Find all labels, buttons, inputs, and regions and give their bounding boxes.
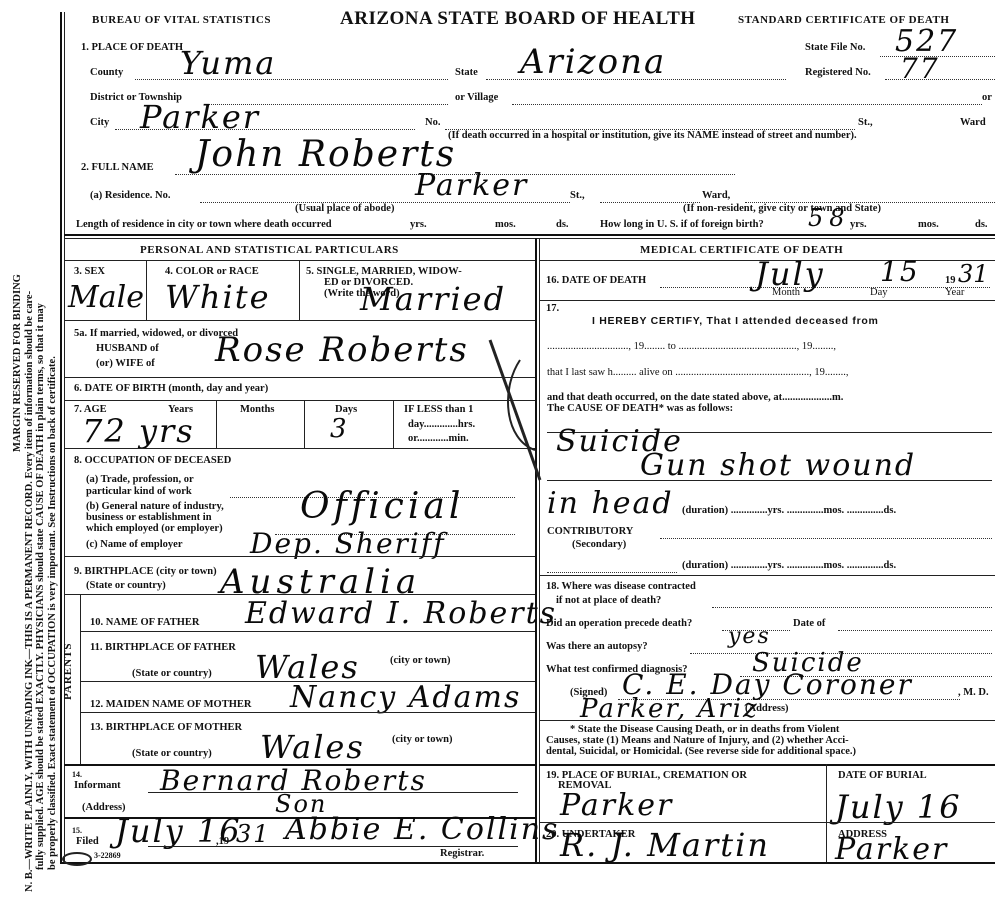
burial-row-line bbox=[539, 822, 995, 823]
note-line-1: * State the Disease Causing Death, or in… bbox=[570, 724, 839, 735]
occ-a-line-1: (a) Trade, profession, or bbox=[86, 474, 194, 485]
row-line-4 bbox=[64, 448, 535, 449]
father-label: 10. NAME OF FATHER bbox=[90, 617, 199, 628]
marital-label-1: 5. SINGLE, MARRIED, WIDOW- bbox=[306, 266, 462, 277]
us-label: How long in U. S. if of foreign birth? bbox=[600, 219, 764, 230]
md-label: , M. D. bbox=[958, 687, 989, 698]
note-line-3: dental, Suicidal, or Homicidal. (See rev… bbox=[546, 746, 856, 757]
margin-line-4: be properly classified. Exact statement … bbox=[47, 12, 59, 892]
mother-birthplace-value[interactable]: Wales bbox=[260, 728, 365, 766]
us-value[interactable]: 58 bbox=[808, 204, 851, 232]
father-city-note: (city or town) bbox=[390, 655, 450, 666]
row-line-1 bbox=[64, 320, 535, 321]
date-of-label: Date of bbox=[793, 618, 825, 629]
city-value[interactable]: Parker bbox=[140, 98, 260, 136]
filed-label: Filed bbox=[76, 836, 99, 847]
age-divider-2 bbox=[304, 401, 305, 448]
occupation-value[interactable]: Official bbox=[300, 486, 464, 527]
burial-place-value[interactable]: Parker bbox=[560, 788, 673, 823]
informant-num: 14. bbox=[72, 770, 82, 779]
st-label: St., bbox=[858, 117, 873, 128]
occ-b-line-1: (b) General nature of industry, bbox=[86, 501, 224, 512]
dod-day-value[interactable]: 15 bbox=[880, 255, 920, 288]
us-mos-label: mos. bbox=[918, 219, 939, 230]
mother-label: 12. MAIDEN NAME OF MOTHER bbox=[90, 699, 251, 710]
registered-label: Registered No. bbox=[805, 67, 871, 78]
day-label: Day bbox=[870, 287, 888, 298]
spouse-value[interactable]: Rose Roberts bbox=[215, 330, 469, 370]
dod-line bbox=[660, 287, 990, 288]
spouse-label-3: (or) WIFE of bbox=[96, 358, 155, 369]
burial-divider bbox=[826, 764, 827, 862]
registered-value[interactable]: 77 bbox=[900, 52, 940, 85]
row-line-6 bbox=[64, 594, 535, 595]
outer-border-left-inner bbox=[64, 12, 65, 862]
q18-label-2: if not at place of death? bbox=[556, 595, 661, 606]
length-yrs-label: yrs. bbox=[410, 219, 427, 230]
cause-value-2[interactable]: Gun shot wound bbox=[640, 448, 916, 483]
occ-b-line-2: business or establishment in bbox=[86, 512, 212, 523]
ward-label: Ward bbox=[960, 117, 986, 128]
village-line bbox=[512, 104, 982, 105]
county-value[interactable]: Yuma bbox=[180, 44, 276, 82]
spouse-label-2: HUSBAND of bbox=[96, 343, 159, 354]
contributory-bottom-line bbox=[539, 575, 995, 576]
city-label: City bbox=[90, 117, 109, 128]
dob-label: 6. DATE OF BIRTH (month, day and year) bbox=[74, 383, 268, 394]
filed-line bbox=[148, 846, 518, 847]
signer-address-label: (Address) bbox=[745, 703, 789, 714]
print-code: 3-22869 bbox=[94, 851, 121, 860]
mother-birthplace-label: 13. BIRTHPLACE OF MOTHER bbox=[90, 722, 242, 733]
row-line-9 bbox=[80, 712, 535, 713]
state-file-label: State File No. bbox=[805, 42, 865, 53]
undertaker-address-value[interactable]: Parker bbox=[835, 832, 948, 867]
nonresident-note: (If non-resident, give city or town and … bbox=[683, 203, 881, 214]
margin-instructions: MARGIN RESERVED FOR BINDING N. B.—WRITE … bbox=[12, 12, 58, 892]
cause-value-3[interactable]: in head bbox=[547, 486, 674, 521]
dod-label: 16. DATE OF DEATH bbox=[546, 275, 646, 286]
spouse-label-1: 5a. If married, widowed, or divorced bbox=[74, 328, 238, 339]
section-divider-thin bbox=[64, 238, 995, 239]
registrar-label: Registrar. bbox=[440, 848, 484, 859]
dod-year-prefix: 19 bbox=[945, 275, 956, 286]
document-title: ARIZONA STATE BOARD OF HEALTH bbox=[340, 8, 696, 30]
hospital-note: (If death occurred in a hospital or inst… bbox=[448, 130, 857, 141]
margin-line-3: fully supplied. AGE should be stated EXA… bbox=[35, 12, 47, 892]
row-line-3 bbox=[64, 400, 535, 401]
death-occurred-line: and that death occurred, on the date sta… bbox=[547, 392, 843, 403]
birthplace-sub: (State or country) bbox=[86, 580, 166, 591]
state-label: State bbox=[455, 67, 478, 78]
sex-label: 3. SEX bbox=[74, 266, 105, 277]
q18-line bbox=[712, 607, 992, 608]
occ-a-line-2: particular kind of work bbox=[86, 486, 192, 497]
parents-label: PARENTS bbox=[62, 642, 74, 700]
secondary-label: (Secondary) bbox=[572, 539, 626, 550]
race-value[interactable]: White bbox=[165, 278, 271, 316]
signed-bottom-line bbox=[539, 720, 995, 721]
or-label: or bbox=[982, 92, 992, 103]
residence-value[interactable]: Parker bbox=[415, 168, 528, 203]
medical-bottom-line bbox=[539, 764, 995, 766]
us-ds-label: ds. bbox=[975, 219, 988, 230]
mother-state-note: (State or country) bbox=[132, 748, 212, 759]
father-state-note: (State or country) bbox=[132, 668, 212, 679]
autopsy-value[interactable]: yes bbox=[728, 624, 771, 649]
no-label: No. bbox=[425, 117, 440, 128]
father-birthplace-label: 11. BIRTHPLACE OF FATHER bbox=[90, 642, 236, 653]
residence-st-label: St., bbox=[570, 190, 585, 201]
marital-value[interactable]: Married bbox=[360, 280, 506, 318]
autopsy-label: Was there an autopsy? bbox=[546, 641, 648, 652]
bureau-label: BUREAU OF VITAL STATISTICS bbox=[92, 14, 271, 26]
father-value[interactable]: Edward I. Roberts bbox=[245, 596, 557, 631]
age-days-value[interactable]: 3 bbox=[330, 414, 349, 444]
abode-note: (Usual place of abode) bbox=[295, 203, 394, 214]
village-label: or Village bbox=[455, 92, 498, 103]
row-line-5 bbox=[64, 556, 535, 557]
length-ds-label: ds. bbox=[556, 219, 569, 230]
margin-mark-icon bbox=[480, 330, 560, 490]
row-line-7 bbox=[80, 631, 535, 632]
sex-divider bbox=[146, 261, 147, 320]
county-label: County bbox=[90, 67, 123, 78]
duration-line-2: (duration) ..............yrs. ..........… bbox=[682, 560, 896, 571]
operation-label: Did an operation precede death? bbox=[546, 618, 692, 629]
note-line-2: Causes, state (1) Means and Nature of In… bbox=[546, 735, 849, 746]
attended-dates-line: ..............................., 19.....… bbox=[547, 341, 836, 352]
margin-line-2: N. B.—WRITE PLAINLY, WITH UNFADING INK—T… bbox=[24, 12, 36, 892]
race-divider bbox=[299, 261, 300, 320]
cause-label: The CAUSE OF DEATH* was as follows: bbox=[547, 403, 733, 414]
year-label: Year bbox=[945, 287, 964, 298]
q18-label-1: 18. Where was disease contracted bbox=[546, 581, 696, 592]
filed-year-value[interactable]: 31 bbox=[236, 820, 271, 848]
dod-bottom-line bbox=[539, 300, 995, 301]
state-value[interactable]: Arizona bbox=[520, 42, 666, 82]
less-label-2: day.............hrs. bbox=[408, 419, 475, 430]
filed-num: 15. bbox=[72, 826, 82, 835]
section-divider bbox=[64, 234, 995, 236]
informant-label: Informant bbox=[74, 780, 121, 791]
length-mos-label: mos. bbox=[495, 219, 516, 230]
race-label: 4. COLOR or RACE bbox=[165, 266, 259, 277]
secondary-line bbox=[547, 572, 677, 573]
burial-date-value[interactable]: July 16 bbox=[835, 788, 962, 826]
undertaker-value[interactable]: R. J. Martin bbox=[560, 826, 770, 864]
age-years-value[interactable]: 72 yrs bbox=[82, 412, 195, 450]
residence-label: (a) Residence. No. bbox=[90, 190, 170, 201]
burial-date-label: DATE OF BURIAL bbox=[838, 770, 927, 781]
duration-line-1: (duration) ..............yrs. ..........… bbox=[682, 505, 896, 516]
last-saw-line: that I last saw h......... alive on ....… bbox=[547, 367, 849, 378]
month-label: Month bbox=[772, 287, 800, 298]
row-line-2 bbox=[64, 377, 535, 378]
place-of-death-heading: 1. PLACE OF DEATH bbox=[81, 42, 183, 53]
dod-year-value[interactable]: 31 bbox=[958, 260, 989, 288]
outer-border-left bbox=[60, 12, 62, 862]
occ-b-line-3: which employed (or employer) bbox=[86, 523, 223, 534]
parents-divider bbox=[80, 594, 81, 764]
mother-value[interactable]: Nancy Adams bbox=[290, 680, 521, 715]
cert-num: 17. bbox=[546, 303, 559, 314]
full-name-label: 2. FULL NAME bbox=[81, 162, 154, 173]
contributory-label: CONTRIBUTORY bbox=[547, 526, 633, 537]
residence-ward-label: Ward, bbox=[702, 190, 730, 201]
months-label: Months bbox=[240, 404, 274, 415]
registrar-value[interactable]: Abbie E. Collins bbox=[285, 812, 559, 847]
occ-c-label: (c) Name of employer bbox=[86, 539, 183, 550]
margin-line-1: MARGIN RESERVED FOR BINDING bbox=[12, 12, 24, 892]
personal-heading: PERSONAL AND STATISTICAL PARTICULARS bbox=[140, 244, 399, 256]
birthplace-label: 9. BIRTHPLACE (city or town) bbox=[74, 566, 217, 577]
sex-value[interactable]: Male bbox=[68, 280, 144, 315]
less-label-1: IF LESS than 1 bbox=[404, 404, 473, 415]
length-of-residence-label: Length of residence in city or town wher… bbox=[76, 219, 332, 230]
us-yrs-label: yrs. bbox=[850, 219, 867, 230]
age-divider-1 bbox=[216, 401, 217, 448]
printer-logo-icon bbox=[62, 852, 92, 866]
certify-text: I HEREBY CERTIFY, That I attended deceas… bbox=[592, 315, 879, 327]
contributory-line bbox=[660, 538, 992, 539]
occupation-heading: 8. OCCUPATION OF DECEASED bbox=[74, 455, 231, 466]
less-label-3: or............min. bbox=[408, 433, 469, 444]
mother-city-note: (city or town) bbox=[392, 734, 452, 745]
date-of-line bbox=[838, 630, 992, 631]
age-divider-3 bbox=[393, 401, 394, 448]
